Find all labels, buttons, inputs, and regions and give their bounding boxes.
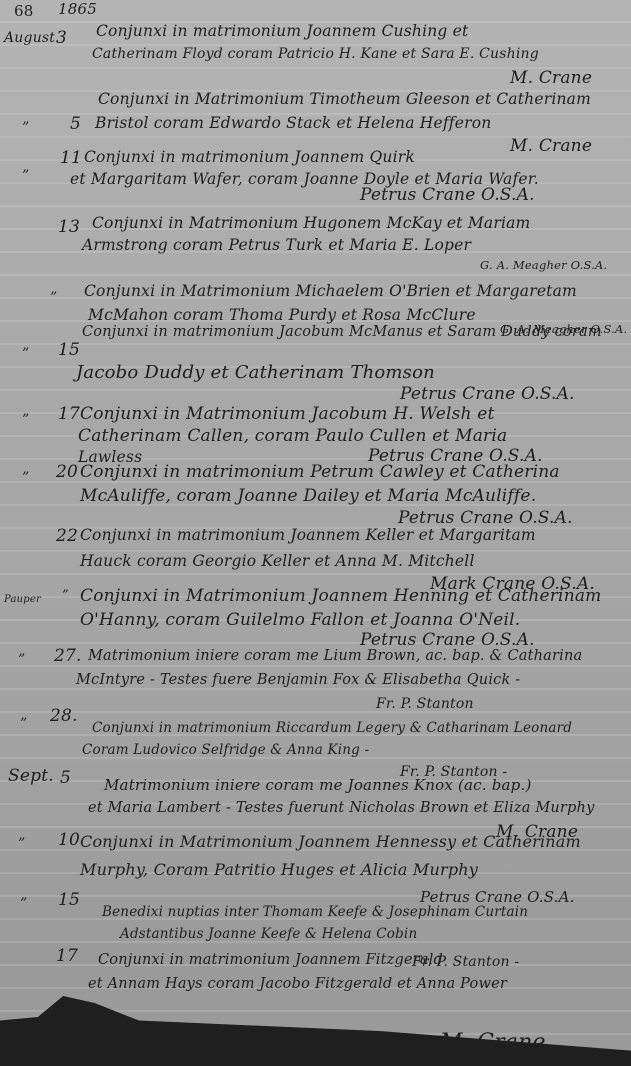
entry-day: 15 [58,890,80,910]
entry-line: Bristol coram Edwardo Stack et Helena He… [95,114,491,132]
entry-line: Coram Ludovico Selfridge & Anna King - [82,742,369,758]
entry-day: 11 [60,148,82,168]
entry-day: 5 [60,768,71,788]
entry-line: Conjunxi in matrimonium Joannem Fitzgera… [98,952,443,968]
entry-day: 17 [58,404,80,424]
entry-line: Matrimonium iniere coram me Lium Brown, … [88,648,582,664]
entry-signature: G. A. Meagher O.S.A. [480,258,607,272]
entry-line: Catherinam Callen, coram Paulo Cullen et… [78,426,507,446]
entry-signature: Petrus Crane O.S.A. [360,630,535,650]
entry-line: Jacobo Duddy et Catherinam Thomson [76,362,435,383]
ditto-mark: ” [22,120,29,136]
entry-signature: Petrus Crane O.S.A. [360,185,535,205]
entry-day: 27. [54,646,82,666]
entry-line: Conjunxi in Matrimonium Joannem Henning … [80,586,602,606]
entry-line: et Annam Hays coram Jacobo Fitzgerald et… [88,976,507,992]
entry-day: 15 [58,340,80,360]
ditto-mark: ” [20,716,27,732]
entry-line: Conjunxi in matrimonium Joannem Cushing … [96,22,468,40]
entry-line: McMahon coram Thoma Purdy et Rosa McClur… [88,306,476,324]
margin-note: Pauper [4,594,41,605]
entry-signature: Petrus Crane O.S.A. [400,384,575,404]
entry-line: Murphy, Coram Patritio Huges et Alicia M… [80,860,478,879]
entry-line: Conjunxi in matrimonium Jacobum McManus … [82,324,602,340]
entry-line: McAuliffe, coram Joanne Dailey et Maria … [80,486,536,506]
entry-line: Conjunxi in Matrimonium Timotheum Gleeso… [98,90,591,108]
entry-line: Conjunxi in matrimonium Petrum Cawley et… [80,462,560,482]
entry-line: O'Hanny, coram Guilelmo Fallon et Joanna… [80,610,520,630]
entry-line: Conjunxi in Matrimonium Michaelem O'Brie… [84,282,577,300]
ditto-mark: ” [50,290,57,306]
entry-day: 28. [50,706,78,726]
register-page: 68 1865 August 3 Conjunxi in matrimonium… [0,0,631,1066]
entry-day: 10 [58,830,80,850]
entry-line: Armstrong coram Petrus Turk et Maria E. … [82,236,471,254]
entry-day: 3 [56,28,67,48]
ditto-mark: ” [22,470,29,486]
entry-day: 20 [56,462,78,482]
entry-day: 22 [56,526,78,546]
entry-signature: M. Crane [510,68,592,88]
entry-line: Matrimonium iniere coram me Joannes Knox… [104,776,532,794]
entry-line: Conjunxi in Matrimonium Hugonem McKay et… [92,214,530,232]
entry-signature: M. Crane [510,136,592,156]
entry-line: et Maria Lambert - Testes fuerunt Nichol… [88,800,594,816]
entry-line: Hauck coram Georgio Keller et Anna M. Mi… [80,552,475,570]
margin-month: Sept. [8,766,54,786]
ditto-mark: ” [22,168,29,184]
entry-line: Conjunxi in Matrimonium Joannem Hennessy… [80,832,581,851]
register-year: 1865 [58,0,97,18]
entry-signature: Petrus Crane O.S.A. [398,508,573,528]
entry-day: 13 [58,217,80,237]
margin-month: August [4,30,55,46]
entry-line: Adstantibus Joanne Keefe & Helena Cobin [120,926,417,942]
entry-line: Conjunxi in matrimonium Joannem Quirk [84,148,415,166]
ditto-mark: ” [20,896,27,912]
ditto-mark: ” [18,652,25,668]
folio-number: 68 [14,2,34,20]
ditto-mark: ” [22,412,29,428]
entry-line: Conjunxi in matrimonium Riccardum Legery… [92,720,572,736]
entry-day: 5 [70,114,81,134]
entry-line: Conjunxi in matrimonium Joannem Keller e… [80,526,536,544]
entry-line: Conjunxi in Matrimonium Jacobum H. Welsh… [80,404,495,424]
ditto-mark: ” [22,346,29,362]
entry-line: Catherinam Floyd coram Patricio H. Kane … [92,46,539,62]
ditto-mark: ” [18,836,25,852]
ditto-mark: ” [62,588,69,603]
entry-signature: Fr. P. Stanton [376,696,474,712]
entry-line: McIntyre - Testes fuere Benjamin Fox & E… [76,672,520,688]
entry-line: Benedixi nuptias inter Thomam Keefe & Jo… [102,904,528,920]
entry-day: 17 [56,946,78,966]
